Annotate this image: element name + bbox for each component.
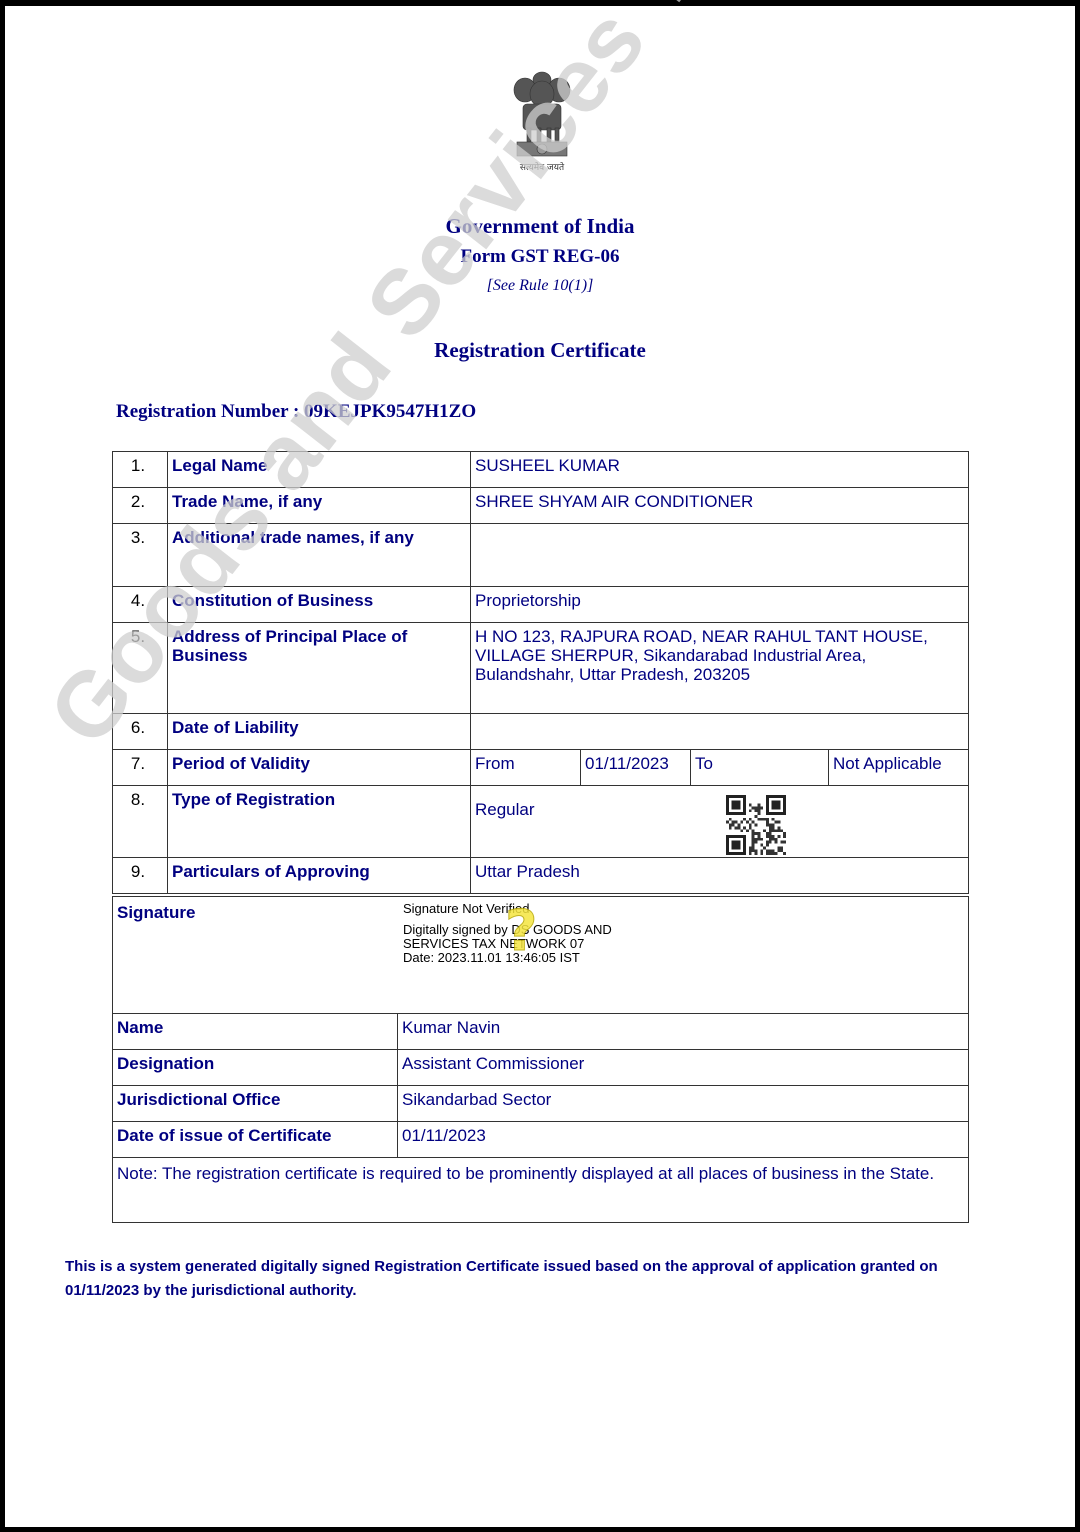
table-row: 5. Address of Principal Place of Busines… <box>113 623 969 714</box>
table-row: Name Kumar Navin <box>113 1014 969 1050</box>
row-number: 2. <box>113 488 168 524</box>
registration-details-table: 1. Legal Name SUSHEEL KUMAR 2. Trade Nam… <box>112 451 969 894</box>
registration-number-value: 09KEJPK9547H1ZO <box>304 401 476 422</box>
table-row: 8. Type of Registration Regular <box>113 786 969 858</box>
designation-value: Assistant Commissioner <box>398 1050 969 1086</box>
row-number: 6. <box>113 714 168 750</box>
field-label: Particulars of Approving <box>168 858 471 894</box>
qr-code-icon <box>726 795 786 855</box>
field-label: Trade Name, if any <box>168 488 471 524</box>
note-row: Note: The registration certificate is re… <box>113 1158 969 1223</box>
additional-trade-names-value <box>471 524 969 587</box>
address-value: H NO 123, RAJPURA ROAD, NEAR RAHUL TANT … <box>471 623 969 714</box>
row-number: 8. <box>113 786 168 858</box>
table-row: 6. Date of Liability <box>113 714 969 750</box>
national-emblem-icon: सत्यमेव जयते <box>497 66 587 176</box>
signature-unverified-question-icon: ? <box>505 899 537 964</box>
signature-cell: Signature Signature Not Verified Digital… <box>113 897 969 1014</box>
issue-date-value: 01/11/2023 <box>398 1122 969 1158</box>
jurisdictional-office-label: Jurisdictional Office <box>113 1086 398 1122</box>
table-row: 1. Legal Name SUSHEEL KUMAR <box>113 452 969 488</box>
footer-statement: This is a system generated digitally sig… <box>65 1255 1015 1303</box>
field-label: Legal Name <box>168 452 471 488</box>
table-row: 9. Particulars of Approving Uttar Prades… <box>113 858 969 894</box>
table-row: 7. Period of Validity From 01/11/2023 To… <box>113 750 969 786</box>
row-number: 4. <box>113 587 168 623</box>
field-label: Additional trade names, if any <box>168 524 471 587</box>
table-row: Jurisdictional Office Sikandarbad Sector <box>113 1086 969 1122</box>
field-label: Address of Principal Place of Business <box>168 623 471 714</box>
field-label: Constitution of Business <box>168 587 471 623</box>
registration-type-value: Regular <box>471 786 969 858</box>
government-title: Government of India <box>0 214 1080 239</box>
validity-to-label: To <box>691 750 829 786</box>
table-row: 3. Additional trade names, if any <box>113 524 969 587</box>
certificate-title: Registration Certificate <box>0 338 1080 363</box>
field-label: Type of Registration <box>168 786 471 858</box>
designation-label: Designation <box>113 1050 398 1086</box>
signature-row: Signature Signature Not Verified Digital… <box>113 897 969 1014</box>
field-label: Date of Liability <box>168 714 471 750</box>
approving-value: Uttar Pradesh <box>471 858 969 894</box>
approver-name-label: Name <box>113 1014 398 1050</box>
rule-reference: [See Rule 10(1)] <box>0 277 1080 295</box>
jurisdictional-office-value: Sikandarbad Sector <box>398 1086 969 1122</box>
table-row: Date of issue of Certificate 01/11/2023 <box>113 1122 969 1158</box>
registration-number: Registration Number : 09KEJPK9547H1ZO <box>116 401 476 423</box>
issue-date-label: Date of issue of Certificate <box>113 1122 398 1158</box>
row-number: 5. <box>113 623 168 714</box>
row-number: 7. <box>113 750 168 786</box>
note-text: Note: The registration certificate is re… <box>113 1158 969 1223</box>
form-title: Form GST REG-06 <box>0 246 1080 268</box>
validity-from-value: 01/11/2023 <box>581 750 691 786</box>
approver-name-value: Kumar Navin <box>398 1014 969 1050</box>
row-number: 9. <box>113 858 168 894</box>
table-row: 2. Trade Name, if any SHREE SHYAM AIR CO… <box>113 488 969 524</box>
trade-name-value: SHREE SHYAM AIR CONDITIONER <box>471 488 969 524</box>
row-number: 3. <box>113 524 168 587</box>
constitution-value: Proprietorship <box>471 587 969 623</box>
registration-type-text: Regular <box>475 800 535 819</box>
legal-name-value: SUSHEEL KUMAR <box>471 452 969 488</box>
field-label: Period of Validity <box>168 750 471 786</box>
validity-from-label: From <box>471 750 581 786</box>
approver-table: Signature Signature Not Verified Digital… <box>112 896 969 1223</box>
registration-number-label: Registration Number : <box>116 401 299 422</box>
row-number: 1. <box>113 452 168 488</box>
table-row: 4. Constitution of Business Proprietorsh… <box>113 587 969 623</box>
date-of-liability-value <box>471 714 969 750</box>
table-row: Designation Assistant Commissioner <box>113 1050 969 1086</box>
validity-to-value: Not Applicable <box>829 750 969 786</box>
emblem-motto: सत्यमेव जयते <box>520 161 565 173</box>
